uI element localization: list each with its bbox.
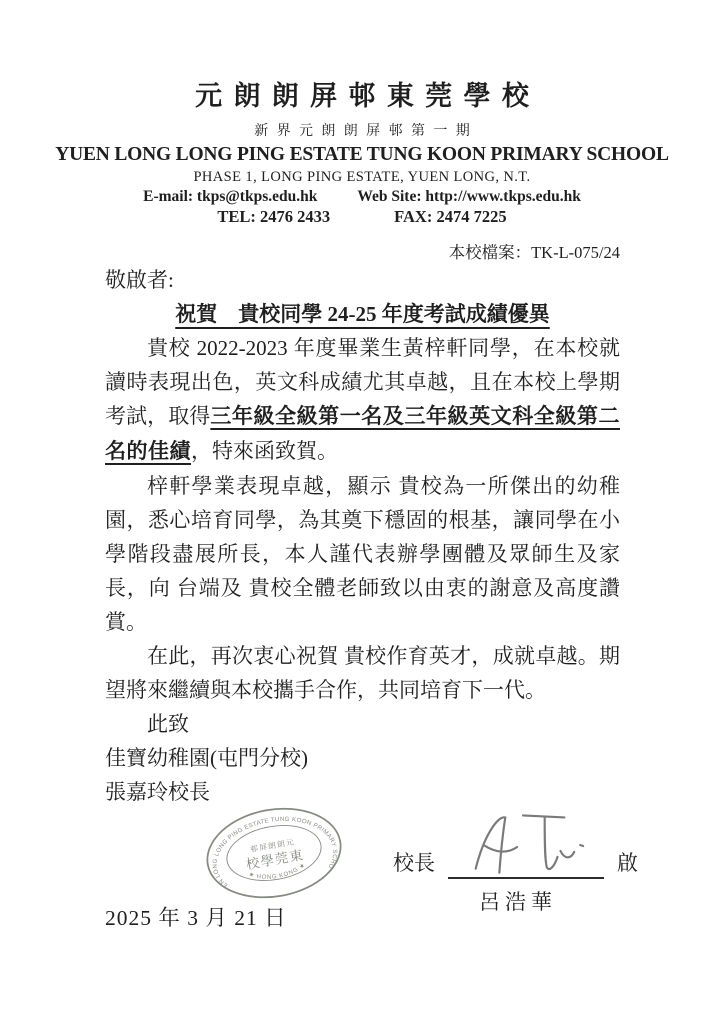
school-address-chinese: 新界元朗朗屏邨第一期 — [0, 120, 724, 140]
signature-prefix: 校長 — [393, 847, 435, 879]
paragraph-2: 梓軒學業表現卓越，顯示 貴校為一所傑出的幼稚園，悉心培育同學，為其奠下穩固的根基… — [105, 469, 620, 639]
signature-suffix: 啟 — [617, 847, 638, 879]
school-seal-icon: YUEN LONG LONG PING ESTATE TUNG KOON PRI… — [197, 795, 351, 912]
school-letterhead: 元朗朗屏邨東莞學校 新界元朗朗屏邨第一期 YUEN LONG LONG PING… — [0, 0, 724, 227]
fax-label: FAX: 2474 7225 — [394, 207, 506, 227]
paragraph-1: 貴校 2022-2023 年度畢業生黃梓軒同學，在本校就讀時表現出色，英文科成績… — [105, 331, 620, 469]
signature-row: 校長 啟 — [393, 843, 653, 879]
file-reference: 本校檔案：TK-L-075/24 — [0, 239, 724, 263]
telfax-row: TEL: 2476 2433 FAX: 2474 7225 — [0, 207, 724, 227]
subject-text: 祝賀 貴校同學 24-25 年度考試成績優異 — [175, 302, 550, 326]
signature-line — [448, 843, 604, 879]
school-name-english: YUEN LONG LONG PING ESTATE TUNG KOON PRI… — [0, 144, 724, 166]
contact-row: E-mail: tkps@tkps.edu.hk Web Site: http:… — [0, 188, 724, 206]
email-label: E-mail: tkps@tkps.edu.hk — [143, 188, 317, 206]
paragraph-1-tail: ，特來函致賀。 — [191, 439, 338, 463]
letter-body: 敬啟者: 祝賀 貴校同學 24-25 年度考試成績優異 貴校 2022-2023… — [0, 263, 724, 809]
paragraph-3: 在此，再次衷心祝賀 貴校作育英才，成就卓越。期望將來繼續與本校攜手合作，共同培育… — [105, 639, 620, 707]
recipient-principal: 張嘉玲校長 — [105, 775, 620, 809]
signature-block: 校長 啟 呂浩華 — [393, 843, 653, 916]
website-label: Web Site: http://www.tkps.edu.hk — [357, 188, 581, 206]
recipient-school: 佳寶幼稚園(屯門分校) — [105, 741, 620, 775]
signer-name: 呂浩華 — [479, 886, 653, 916]
subject-line: 祝賀 貴校同學 24-25 年度考試成績優異 — [105, 297, 620, 331]
closing-phrase: 此致 — [105, 707, 620, 741]
letter-document: 元朗朗屏邨東莞學校 新界元朗朗屏邨第一期 YUEN LONG LONG PING… — [0, 0, 724, 1024]
letter-date: 2025 年 3 月 21 日 — [105, 901, 287, 932]
salutation: 敬啟者: — [105, 263, 620, 297]
school-address-english: PHASE 1, LONG PING ESTATE, YUEN LONG, N.… — [0, 169, 724, 186]
principal-signature-icon — [454, 807, 592, 885]
school-seal-stamp: YUEN LONG LONG PING ESTATE TUNG KOON PRI… — [197, 795, 351, 912]
tel-label: TEL: 2476 2433 — [217, 207, 330, 227]
school-name-chinese: 元朗朗屏邨東莞學校 — [0, 82, 724, 112]
